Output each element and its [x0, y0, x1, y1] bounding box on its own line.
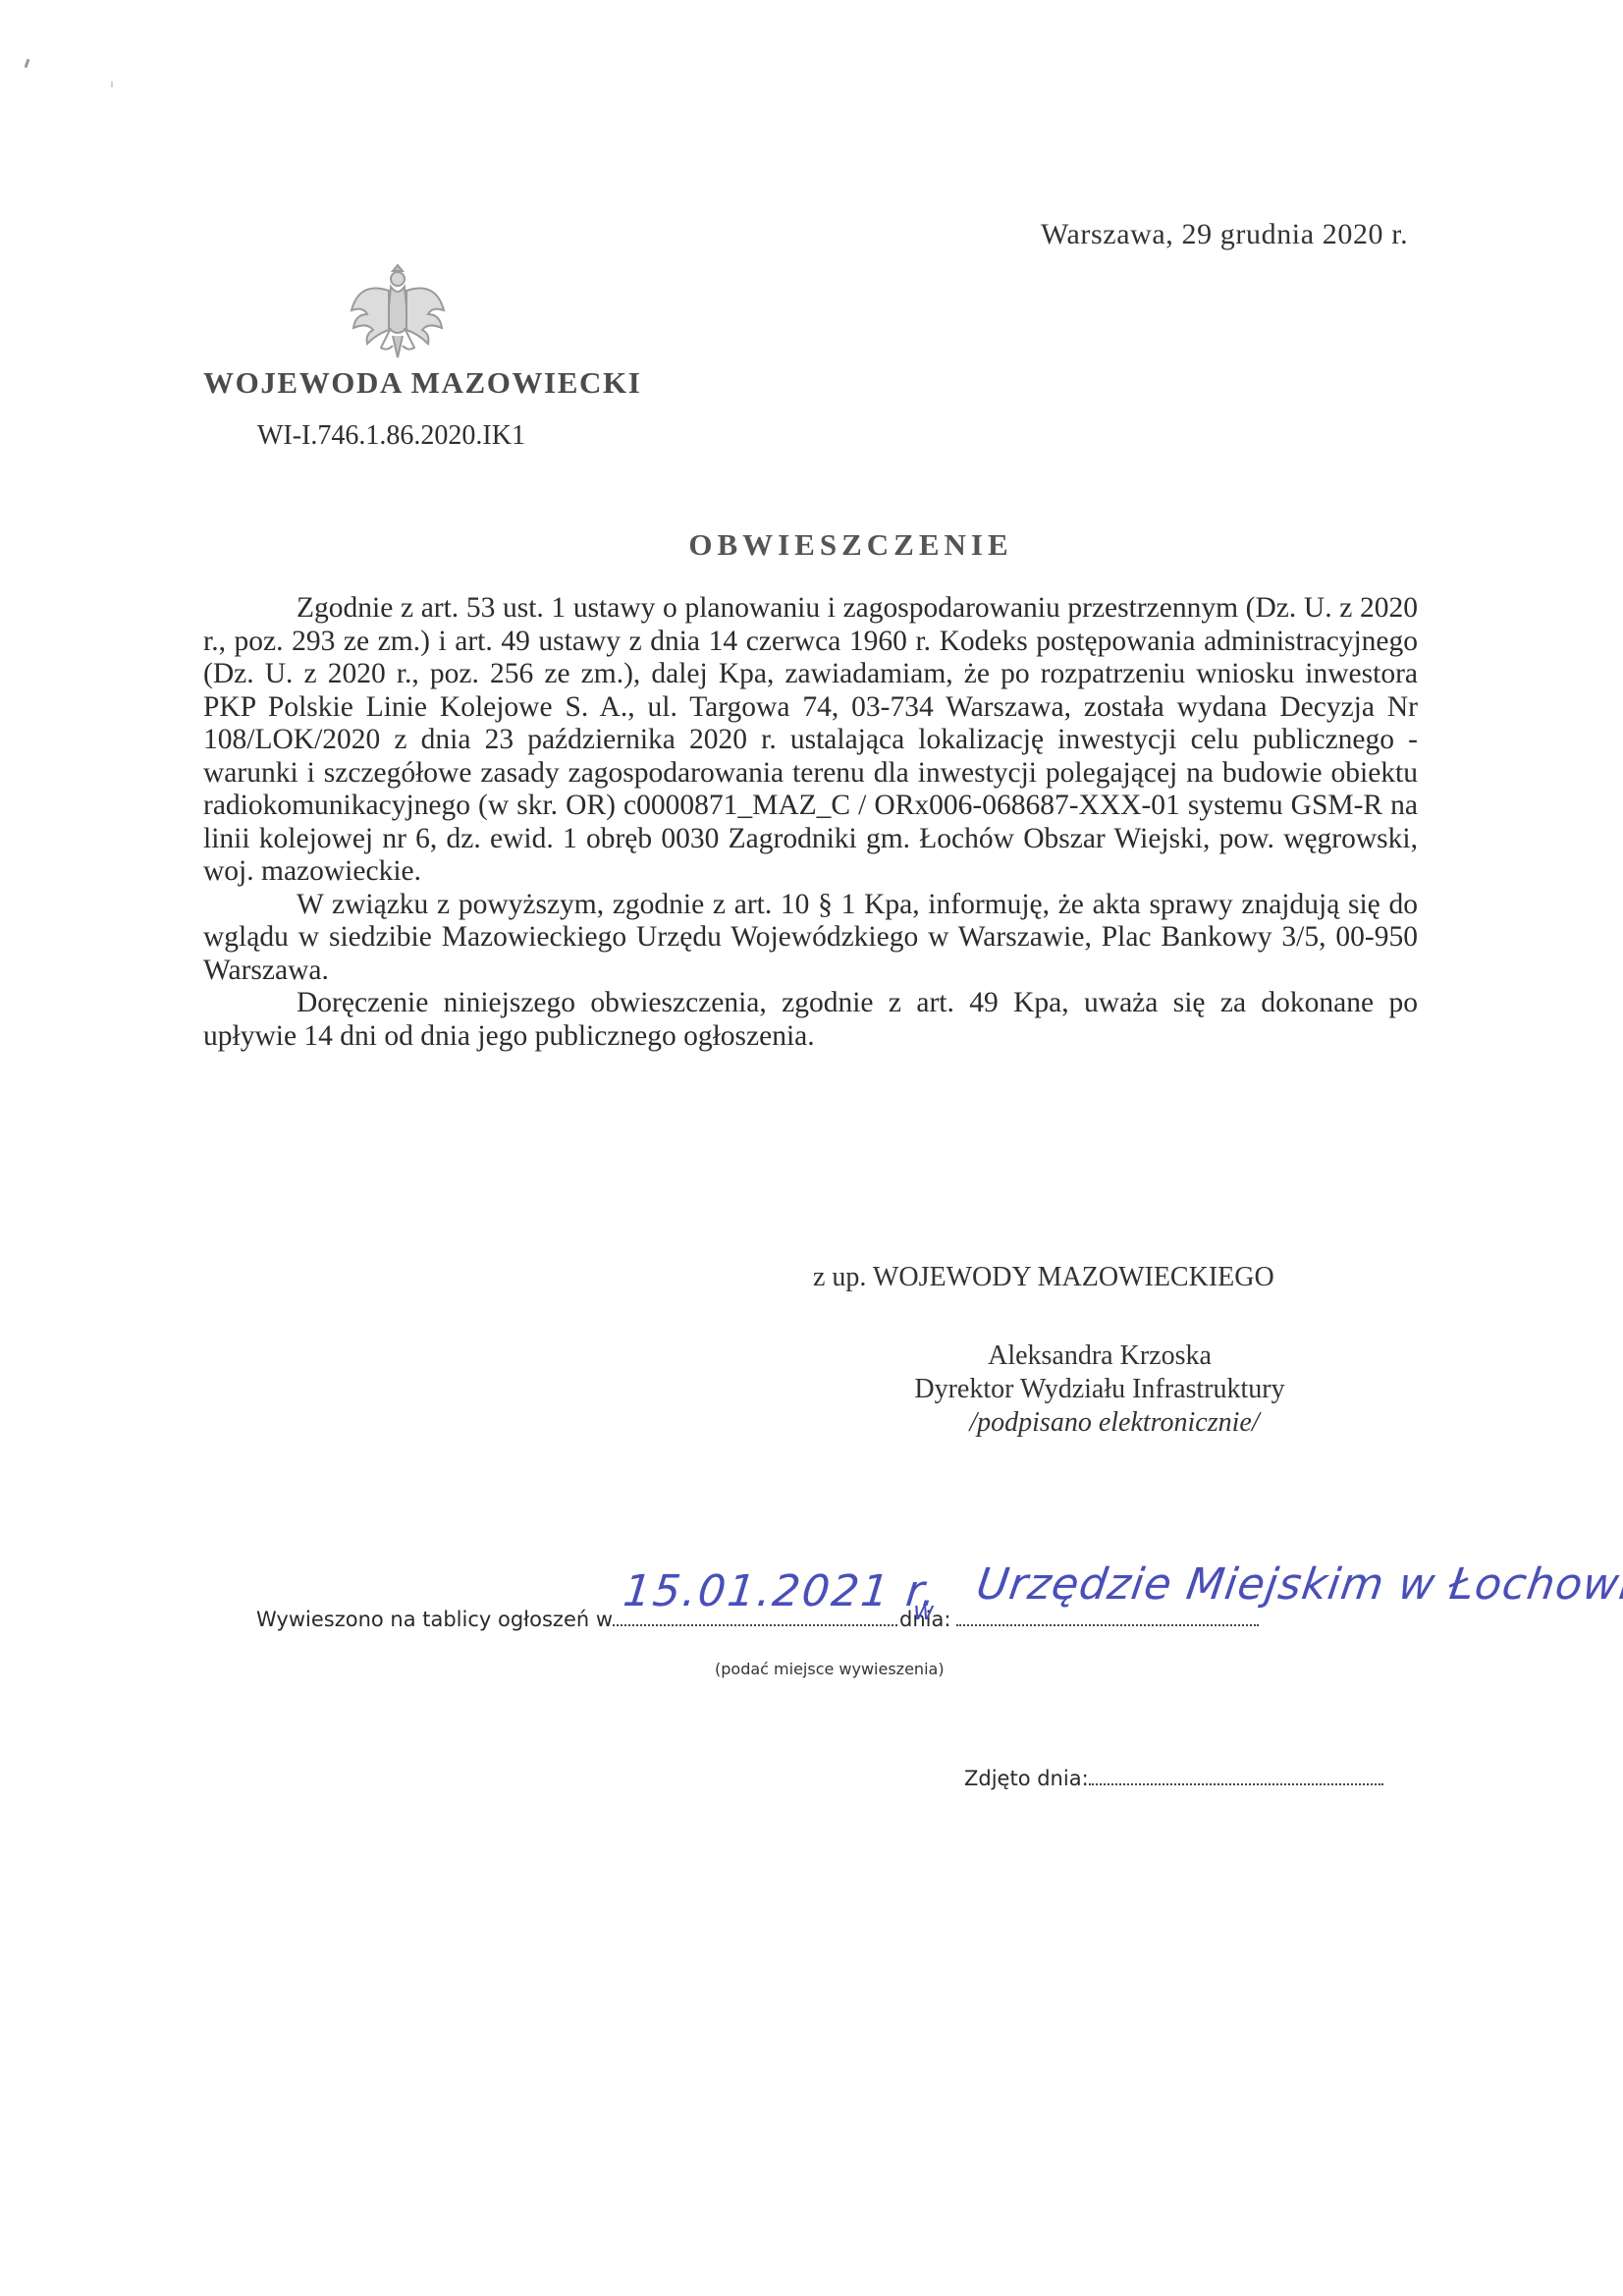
electronic-signature-note: /podpisano elektronicznie/ — [805, 1407, 1394, 1439]
signature-on-behalf: z up. WOJEWODY MAZOWIECKIEGO — [813, 1262, 1274, 1293]
document-title: OBWIESZCZENIE — [0, 527, 1623, 563]
handwritten-posted-place: Urzędzie Miejskim w Łochowie — [973, 1559, 1623, 1610]
posted-label: Wywieszono na tablicy ogłoszeń w — [256, 1608, 613, 1631]
notice-body: Zgodnie z art. 53 ust. 1 ustawy o planow… — [203, 592, 1418, 1053]
paragraph-decision-notice: Zgodnie z art. 53 ust. 1 ustawy o planow… — [203, 592, 1418, 889]
posted-date-field[interactable] — [956, 1607, 1259, 1626]
scan-speck — [25, 59, 30, 68]
paragraph-delivery: Doręczenie niniejszego obwieszczenia, zg… — [203, 987, 1418, 1053]
handwritten-preposition: w — [913, 1597, 934, 1626]
place-hint: (podać miejsce wywieszenia) — [715, 1660, 945, 1678]
place-and-date: Warszawa, 29 grudnia 2020 r. — [1041, 218, 1408, 251]
scan-speck — [111, 82, 113, 87]
removed-date-line: Zdjęto dnia: — [964, 1766, 1383, 1790]
signatory-role: Dyrektor Wydziału Infrastruktury — [805, 1374, 1394, 1405]
polish-eagle-emblem-icon — [344, 257, 452, 365]
removed-label: Zdjęto dnia: — [964, 1767, 1089, 1790]
signatory-name: Aleksandra Krzoska — [805, 1340, 1394, 1372]
case-reference-number: WI-I.746.1.86.2020.IK1 — [257, 420, 525, 452]
removed-date-field[interactable] — [1089, 1766, 1383, 1785]
issuing-authority: WOJEWODA MAZOWIECKI — [203, 365, 641, 401]
paragraph-case-files: W związku z powyższym, zgodnie z art. 10… — [203, 889, 1418, 988]
handwritten-posted-date: 15.01.2021 r. — [621, 1566, 940, 1616]
